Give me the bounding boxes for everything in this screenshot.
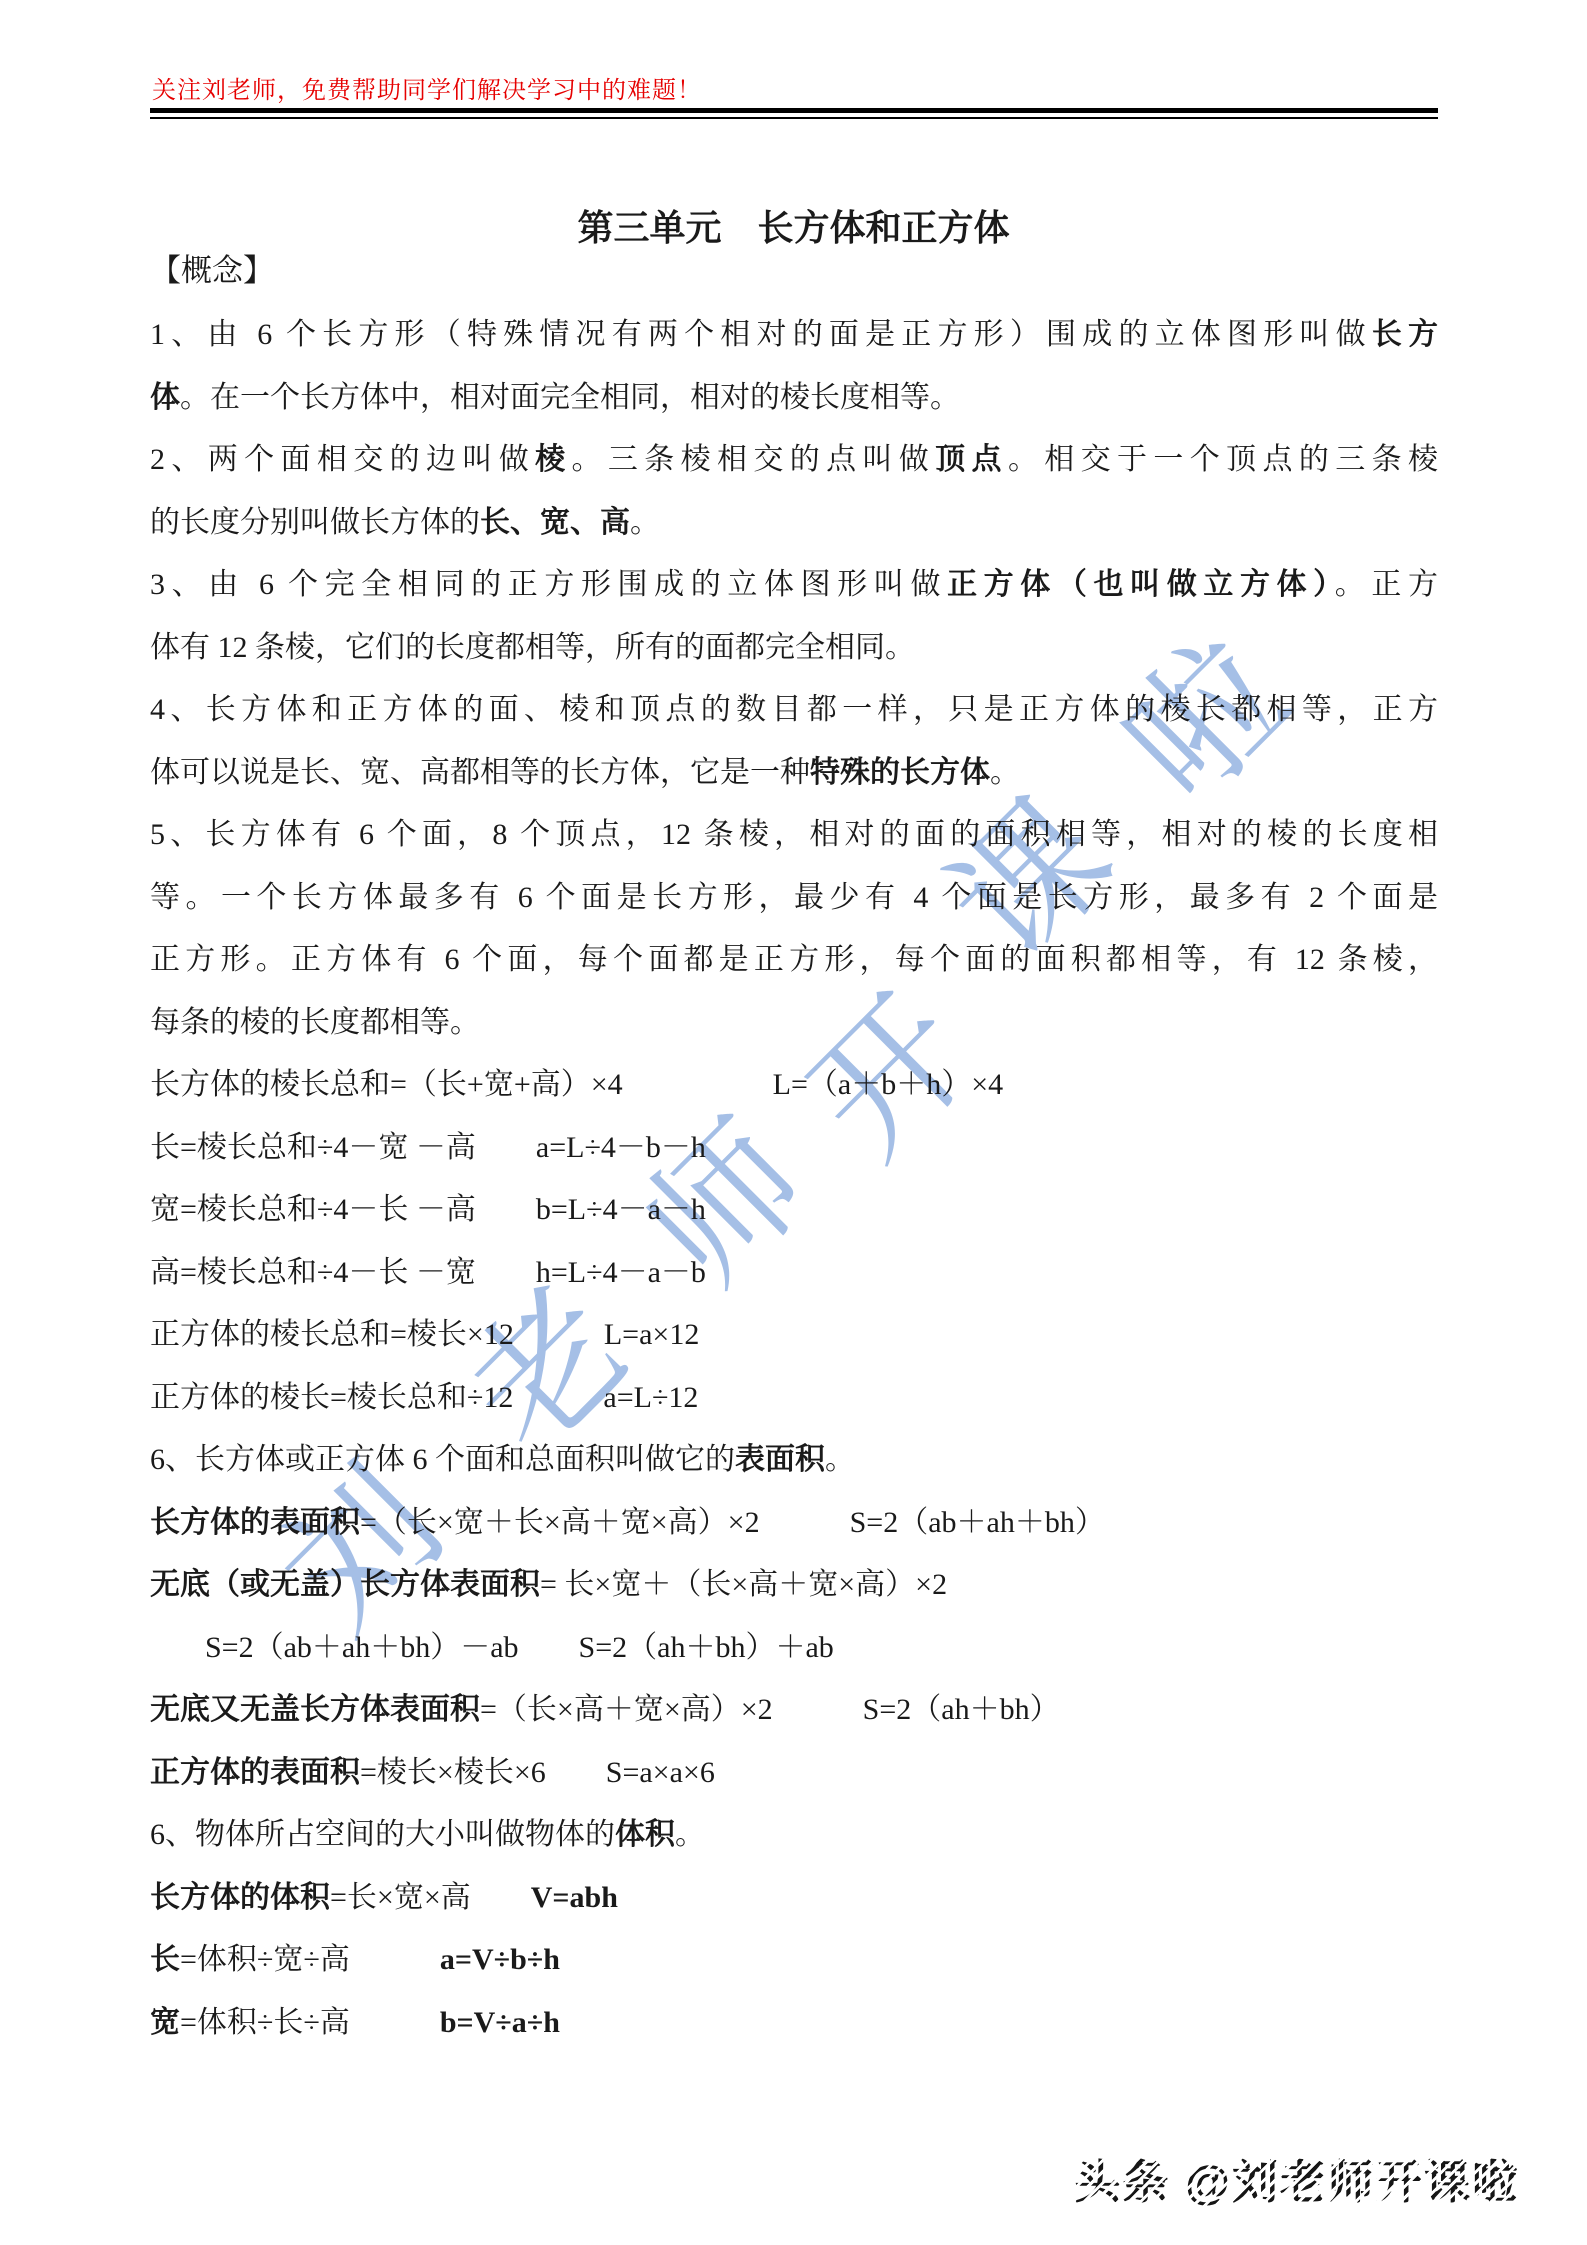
bold-text: 棱 bbox=[535, 443, 571, 476]
bold-text: V=abh bbox=[531, 1881, 618, 1914]
bold-text: 无底（或无盖）长方体表面积 bbox=[150, 1568, 540, 1601]
text-line: 4、长方体和正方体的面、棱和顶点的数目都一样，只是正方体的棱长都相等，正方 bbox=[150, 679, 1438, 742]
text: 。三条棱相交的点叫做 bbox=[571, 443, 935, 476]
text: 正方体的棱长总和=棱长×12 L=a×12 bbox=[150, 1318, 699, 1351]
footer-credit: 头条 @刘老师开课啦 bbox=[1074, 2146, 1520, 2212]
text: 。 bbox=[675, 1818, 705, 1851]
text-line: 体有 12 条棱，它们的长度都相等，所有的面都完全相同。 bbox=[150, 617, 1438, 680]
text-line: 5、长方体有 6 个面，8 个顶点，12 条棱，相对的面的面积相等，相对的棱的长… bbox=[150, 804, 1438, 867]
text-line: 6、长方体或正方体 6 个面和总面积叫做它的表面积。 bbox=[150, 1429, 1438, 1492]
text: =长×宽×高 bbox=[330, 1881, 531, 1914]
text-line: 等。一个长方体最多有 6 个面是长方形，最少有 4 个面是长方形，最多有 2 个… bbox=[150, 867, 1438, 930]
text: 每条的棱的长度都相等。 bbox=[150, 1006, 480, 1039]
text-line: 无底又无盖长方体表面积=（长×高＋宽×高）×2 S=2（ah＋bh） bbox=[150, 1679, 1438, 1742]
bold-text: 顶点 bbox=[935, 443, 1008, 476]
text: 宽=棱长总和÷4－长 －高 b=L÷4－a－h bbox=[150, 1193, 706, 1226]
text: 。相交于一个顶点的三条棱 bbox=[1008, 443, 1438, 476]
page-title: 第三单元 长方体和正方体 bbox=[0, 200, 1587, 251]
text: = 长×宽＋（长×高＋宽×高）×2 bbox=[540, 1568, 947, 1601]
header-notice: 关注刘老师，免费帮助同学们解决学习中的难题！ bbox=[152, 70, 702, 105]
text-line: 2、两个面相交的边叫做棱。三条棱相交的点叫做顶点。相交于一个顶点的三条棱 bbox=[150, 429, 1438, 492]
text: 6、物体所占空间的大小叫做物体的 bbox=[150, 1818, 615, 1851]
text: S=2（ab＋ah＋bh）－ab S=2（ah＋bh）＋ab bbox=[205, 1631, 834, 1664]
text: 体有 12 条棱，它们的长度都相等，所有的面都完全相同。 bbox=[150, 631, 915, 664]
text: 2、两个面相交的边叫做 bbox=[150, 443, 535, 476]
bold-text: 特殊的长方体 bbox=[810, 756, 990, 789]
text: =体积÷宽÷高 bbox=[180, 1943, 440, 1976]
text-line: 3、由 6 个完全相同的正方形围成的立体图形叫做正方体（也叫做立方体）。正方 bbox=[150, 554, 1438, 617]
text: 正方体的棱长=棱长总和÷12 a=L÷12 bbox=[150, 1381, 698, 1414]
text-line: 宽=棱长总和÷4－长 －高 b=L÷4－a－h bbox=[150, 1179, 1438, 1242]
bold-text: b=V÷a÷h bbox=[440, 2006, 560, 2039]
bold-text: 正方体（也叫做立方体） bbox=[947, 568, 1335, 601]
text: 长=棱长总和÷4－宽 －高 a=L÷4－b－h bbox=[150, 1131, 706, 1164]
text-line: 正方体的棱长总和=棱长×12 L=a×12 bbox=[150, 1304, 1438, 1367]
text-line: 长=棱长总和÷4－宽 －高 a=L÷4－b－h bbox=[150, 1117, 1438, 1180]
bold-text: 体积 bbox=[615, 1818, 675, 1851]
text-line: 体可以说是长、宽、高都相等的长方体，它是一种特殊的长方体。 bbox=[150, 742, 1438, 805]
text-line: 宽=体积÷长÷高 b=V÷a÷h bbox=[150, 1992, 1438, 2055]
text-line: 的长度分别叫做长方体的长、宽、高。 bbox=[150, 492, 1438, 555]
bold-text: a=V÷b÷h bbox=[440, 1943, 560, 1976]
text-line: 每条的棱的长度都相等。 bbox=[150, 992, 1438, 1055]
text: 1、由 6 个长方形（特殊情况有两个相对的面是正方形）围成的立体图形叫做 bbox=[150, 318, 1372, 351]
text-line: 体。在一个长方体中，相对面完全相同，相对的棱长度相等。 bbox=[150, 367, 1438, 430]
text: 3、由 6 个完全相同的正方形围成的立体图形叫做 bbox=[150, 568, 947, 601]
bold-text: 表面积 bbox=[735, 1443, 825, 1476]
content-lines: 1、由 6 个长方形（特殊情况有两个相对的面是正方形）围成的立体图形叫做长方体。… bbox=[150, 304, 1438, 2054]
text: 5、长方体有 6 个面，8 个顶点，12 条棱，相对的面的面积相等，相对的棱的长… bbox=[150, 818, 1438, 851]
bold-text: 宽 bbox=[150, 2006, 180, 2039]
text: 的长度分别叫做长方体的 bbox=[150, 506, 480, 539]
text: =（长×高＋宽×高）×2 S=2（ah＋bh） bbox=[480, 1693, 1060, 1726]
text: 。正方 bbox=[1335, 568, 1438, 601]
section-label: 【概念】 bbox=[150, 250, 274, 292]
text-line: S=2（ab＋ah＋bh）－ab S=2（ah＋bh）＋ab bbox=[150, 1617, 1438, 1680]
text: =体积÷长÷高 bbox=[180, 2006, 440, 2039]
bold-text: 长方体的表面积 bbox=[150, 1506, 360, 1539]
text: 。 bbox=[630, 506, 660, 539]
text: 正方形。正方体有 6 个面，每个面都是正方形，每个面的面积都相等，有 12 条棱… bbox=[150, 943, 1438, 976]
bold-text: 长 bbox=[150, 1943, 180, 1976]
text: 4、长方体和正方体的面、棱和顶点的数目都一样，只是正方体的棱长都相等，正方 bbox=[150, 693, 1438, 726]
text-line: 正方体的表面积=棱长×棱长×6 S=a×a×6 bbox=[150, 1742, 1438, 1805]
bold-text: 长、宽、高 bbox=[480, 506, 630, 539]
text-line: 长方体的棱长总和=（长+宽+高）×4 L=（a＋b＋h）×4 bbox=[150, 1054, 1438, 1117]
text-line: 高=棱长总和÷4－长 －宽 h=L÷4－a－b bbox=[150, 1242, 1438, 1305]
text-line: 无底（或无盖）长方体表面积= 长×宽＋（长×高＋宽×高）×2 bbox=[150, 1554, 1438, 1617]
bold-text: 无底又无盖长方体表面积 bbox=[150, 1693, 480, 1726]
text-line: 长=体积÷宽÷高 a=V÷b÷h bbox=[150, 1929, 1438, 1992]
text: 等。一个长方体最多有 6 个面是长方形，最少有 4 个面是长方形，最多有 2 个… bbox=[150, 881, 1438, 914]
text-line: 正方体的棱长=棱长总和÷12 a=L÷12 bbox=[150, 1367, 1438, 1430]
text: =棱长×棱长×6 S=a×a×6 bbox=[360, 1756, 715, 1789]
document-page: 刘老师开课啦 关注刘老师，免费帮助同学们解决学习中的难题！ 第三单元 长方体和正… bbox=[0, 0, 1587, 2245]
text: 。 bbox=[990, 756, 1020, 789]
text: 6、长方体或正方体 6 个面和总面积叫做它的 bbox=[150, 1443, 735, 1476]
text-line: 长方体的体积=长×宽×高 V=abh bbox=[150, 1867, 1438, 1930]
header-divider bbox=[150, 108, 1438, 119]
text: 。在一个长方体中，相对面完全相同，相对的棱长度相等。 bbox=[180, 381, 960, 414]
bold-text: 长方 bbox=[1372, 318, 1438, 351]
text: 长方体的棱长总和=（长+宽+高）×4 L=（a＋b＋h）×4 bbox=[150, 1068, 1003, 1101]
text-line: 6、物体所占空间的大小叫做物体的体积。 bbox=[150, 1804, 1438, 1867]
text: =（长×宽＋长×高＋宽×高）×2 S=2（ab＋ah＋bh） bbox=[360, 1506, 1105, 1539]
bold-text: 正方体的表面积 bbox=[150, 1756, 360, 1789]
text-line: 1、由 6 个长方形（特殊情况有两个相对的面是正方形）围成的立体图形叫做长方 bbox=[150, 304, 1438, 367]
text-line: 正方形。正方体有 6 个面，每个面都是正方形，每个面的面积都相等，有 12 条棱… bbox=[150, 929, 1438, 992]
text: 体可以说是长、宽、高都相等的长方体，它是一种 bbox=[150, 756, 810, 789]
bold-text: 长方体的体积 bbox=[150, 1881, 330, 1914]
text-line: 长方体的表面积=（长×宽＋长×高＋宽×高）×2 S=2（ab＋ah＋bh） bbox=[150, 1492, 1438, 1555]
text: 。 bbox=[825, 1443, 855, 1476]
text: 高=棱长总和÷4－长 －宽 h=L÷4－a－b bbox=[150, 1256, 706, 1289]
bold-text: 体 bbox=[150, 381, 180, 414]
